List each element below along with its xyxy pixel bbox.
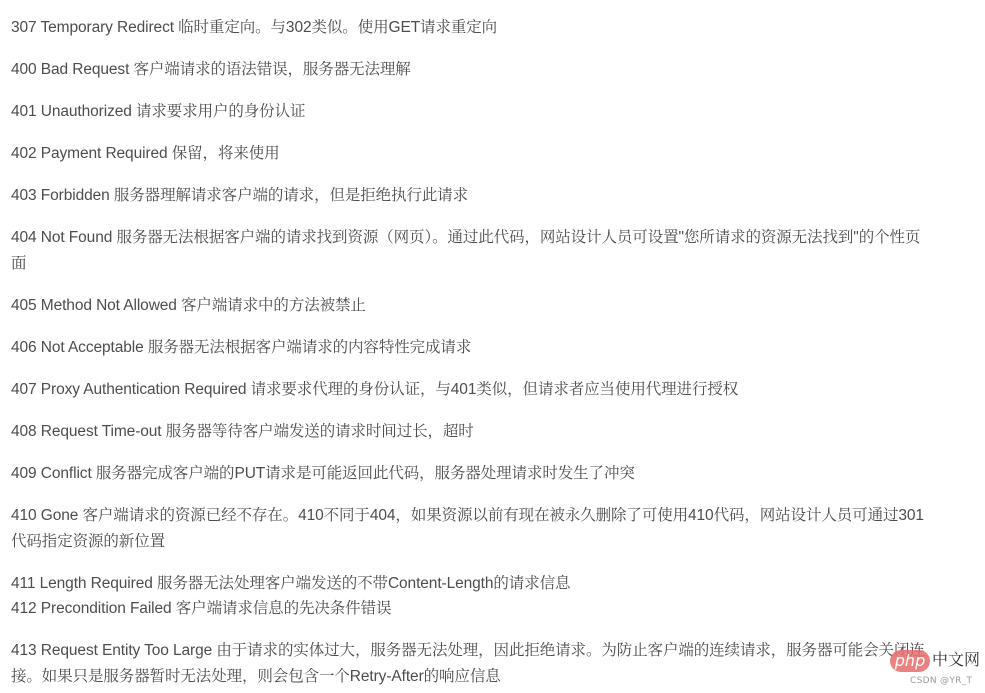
status-line-410-continued: 代码指定资源的新位置 [11, 530, 165, 554]
status-line-403: 403 Forbidden 服务器理解请求客户端的请求，但是拒绝执行此请求 [11, 184, 468, 208]
status-line-404: 404 Not Found 服务器无法根据客户端的请求找到资源（网页）。通过此代… [11, 226, 920, 250]
status-line-412: 412 Precondition Failed 客户端请求信息的先决条件错误 [11, 597, 391, 621]
status-line-402: 402 Payment Required 保留，将来使用 [11, 142, 280, 166]
status-line-400: 400 Bad Request 客户端请求的语法错误，服务器无法理解 [11, 58, 411, 82]
status-line-405: 405 Method Not Allowed 客户端请求中的方法被禁止 [11, 294, 366, 318]
status-line-408: 408 Request Time-out 服务器等待客户端发送的请求时间过长，超… [11, 420, 474, 444]
status-line-404-continued: 面 [11, 252, 26, 276]
status-line-413: 413 Request Entity Too Large 由于请求的实体过大，服… [11, 639, 925, 663]
status-line-413-continued: 接。如果只是服务器暂时无法处理，则会包含一个Retry-After的响应信息 [11, 665, 501, 689]
status-line-410: 410 Gone 客户端请求的资源已经不存在。410不同于404，如果资源以前有… [11, 504, 924, 528]
watermark-credit: CSDN @YR_T [910, 676, 972, 686]
status-line-409: 409 Conflict 服务器完成客户端的PUT请求是可能返回此代码，服务器处… [11, 462, 635, 486]
php-logo-icon: php [890, 650, 930, 672]
watermark: php 中文网 CSDN @YR_T [880, 648, 985, 693]
status-line-401: 401 Unauthorized 请求要求用户的身份认证 [11, 100, 305, 124]
status-line-307: 307 Temporary Redirect 临时重定向。与302类似。使用GE… [11, 16, 497, 40]
status-line-411: 411 Length Required 服务器无法处理客户端发送的不带Conte… [11, 572, 570, 596]
status-line-407: 407 Proxy Authentication Required 请求要求代理… [11, 378, 738, 402]
watermark-site-name: 中文网 [932, 650, 980, 672]
status-line-406: 406 Not Acceptable 服务器无法根据客户端请求的内容特性完成请求 [11, 336, 471, 360]
